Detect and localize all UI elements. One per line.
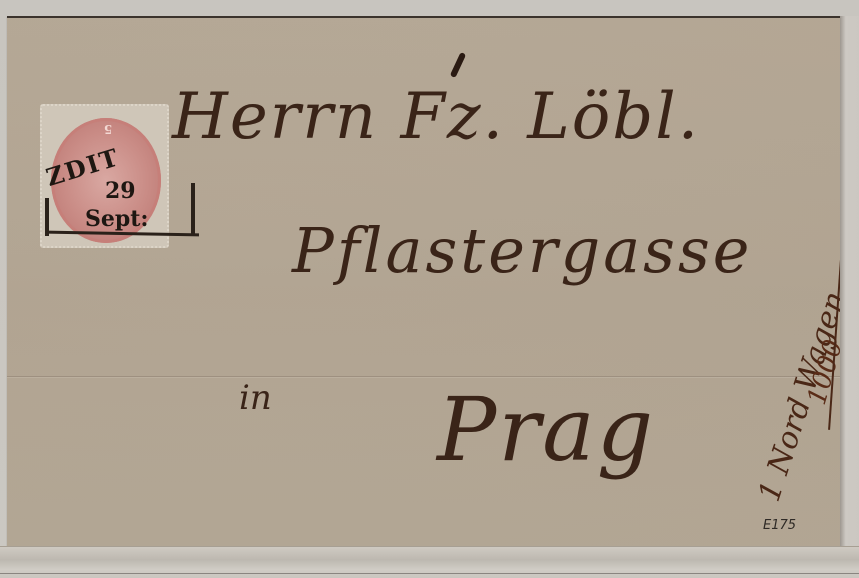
postmark-frame-bottom	[47, 231, 199, 237]
address-line-street: Pflastergasse	[292, 214, 753, 287]
address-line-in: in	[239, 378, 272, 418]
address-line-city: Prag	[437, 378, 655, 481]
side-notation: 1 Nord Wagen 1000	[752, 140, 842, 500]
ink-stroke-mark	[450, 52, 466, 78]
mount-edge-line	[0, 573, 859, 574]
postmark-frame-left	[45, 198, 49, 236]
mount-edge-right	[840, 16, 859, 546]
fold-crease	[7, 376, 840, 378]
postmark-month: Sept:	[85, 206, 149, 232]
postmark-frame-right	[191, 183, 195, 235]
catalog-reference: E175	[763, 518, 796, 533]
address-line-recipient: Herrn Fz. Löbl.	[172, 80, 700, 154]
postmark-day: 29	[105, 178, 136, 204]
mount-edge-bottom	[0, 546, 859, 578]
postal-cover: 5 ZDIT 29 Sept: Herrn Fz. Löbl. Pflaster…	[7, 16, 840, 548]
